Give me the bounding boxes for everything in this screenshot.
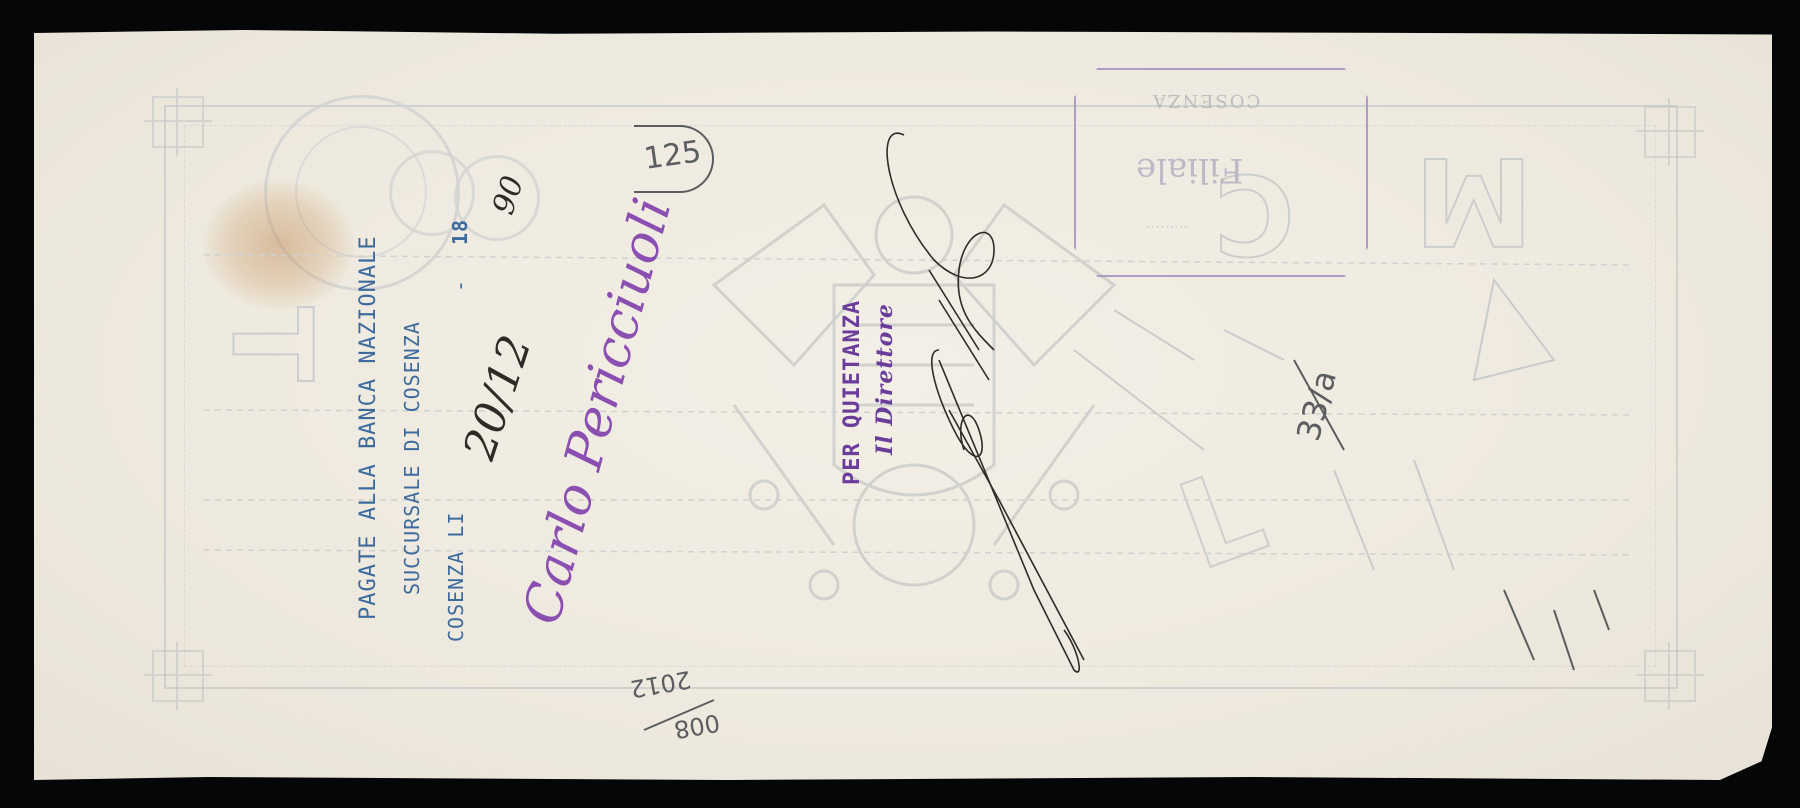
central-ink-signature [34, 30, 1772, 780]
cheque-reverse-paper: M C T L COSENZA F [34, 30, 1772, 780]
